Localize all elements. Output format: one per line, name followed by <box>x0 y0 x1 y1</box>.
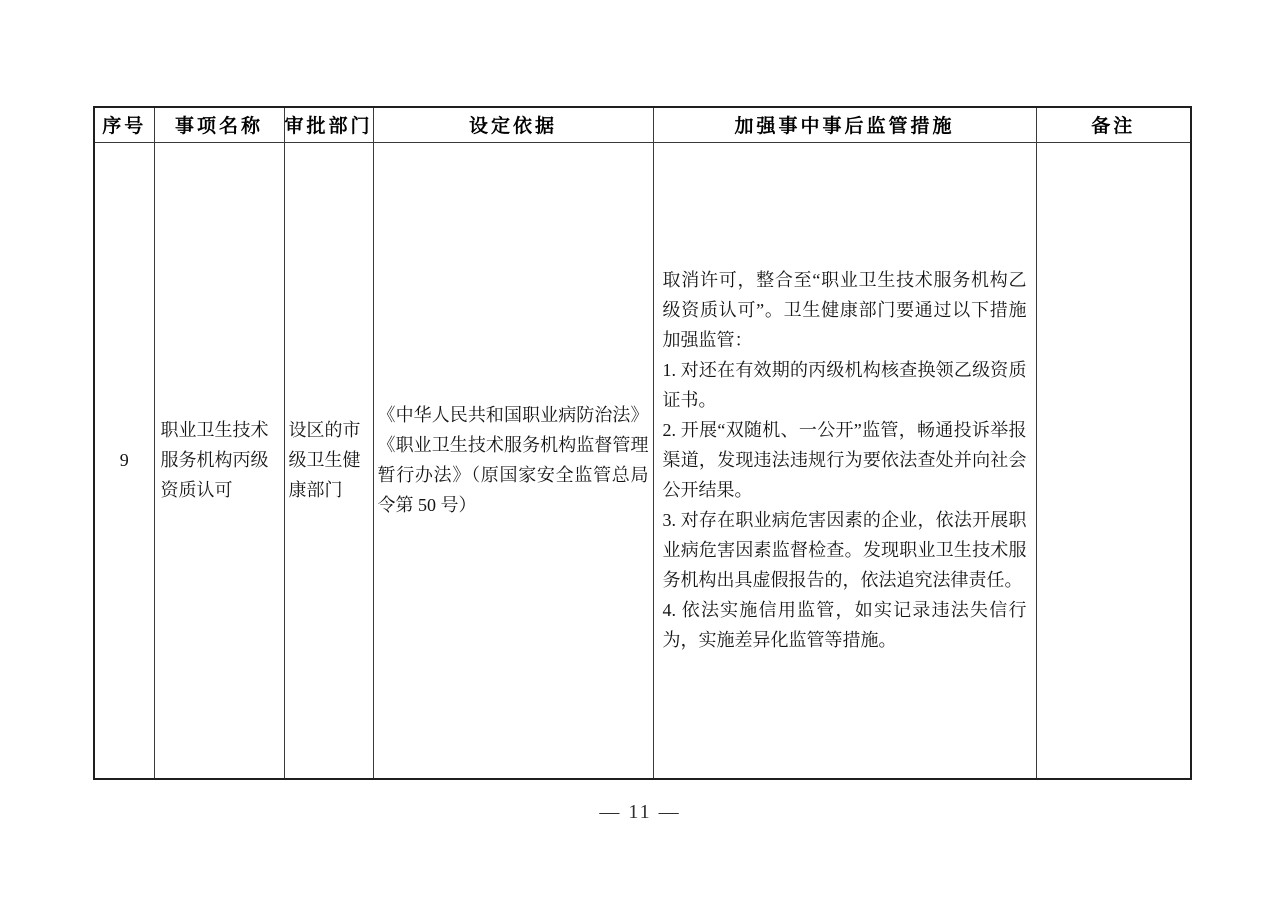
header-legal-basis: 设定依据 <box>373 107 653 142</box>
supervision-measures-text: 取消许可，整合至“职业卫生技术服务机构乙级资质认可”。卫生健康部门要通过以下措施… <box>654 265 1036 655</box>
measure-paragraph: 3. 对存在职业病危害因素的企业，依法开展职业病危害因素监督检查。发现职业卫生技… <box>663 505 1027 595</box>
measure-paragraph: 4. 依法实施信用监管，如实记录违法失信行为，实施差异化监管等措施。 <box>663 595 1027 655</box>
approval-items-table: 序号 事项名称 审批部门 设定依据 加强事中事后监管措施 备注 9 职业卫生技术… <box>93 106 1192 780</box>
measure-paragraph: 取消许可，整合至“职业卫生技术服务机构乙级资质认可”。卫生健康部门要通过以下措施… <box>663 265 1027 355</box>
header-department: 审批部门 <box>284 107 373 142</box>
document-page: { "document": { "page_number": "— 11 —" … <box>0 0 1280 905</box>
header-seq: 序号 <box>94 107 154 142</box>
table-header-row: 序号 事项名称 审批部门 设定依据 加强事中事后监管措施 备注 <box>94 107 1191 142</box>
cell-legal-basis: 《中华人民共和国职业病防治法》《职业卫生技术服务机构监督管理暂行办法》（原国家安… <box>373 142 653 779</box>
item-name-text: 职业卫生技术服务机构丙级资质认可 <box>155 415 284 505</box>
department-text: 设区的市级卫生健康部门 <box>285 415 373 505</box>
legal-basis-text: 《中华人民共和国职业病防治法》《职业卫生技术服务机构监督管理暂行办法》（原国家安… <box>374 400 653 520</box>
measure-paragraph: 2. 开展“双随机、一公开”监管，畅通投诉举报渠道，发现违法违规行为要依法查处并… <box>663 415 1027 505</box>
header-supervision-measures: 加强事中事后监管措施 <box>653 107 1036 142</box>
cell-supervision-measures: 取消许可，整合至“职业卫生技术服务机构乙级资质认可”。卫生健康部门要通过以下措施… <box>653 142 1036 779</box>
cell-seq: 9 <box>94 142 154 779</box>
page-number: — 11 — <box>0 801 1280 824</box>
cell-item-name: 职业卫生技术服务机构丙级资质认可 <box>154 142 284 779</box>
header-item-name: 事项名称 <box>154 107 284 142</box>
measure-paragraph: 1. 对还在有效期的丙级机构核查换领乙级资质证书。 <box>663 355 1027 415</box>
table-row: 9 职业卫生技术服务机构丙级资质认可 设区的市级卫生健康部门 《中华人民共和国职… <box>94 142 1191 779</box>
cell-department: 设区的市级卫生健康部门 <box>284 142 373 779</box>
cell-remark <box>1036 142 1191 779</box>
header-remark: 备注 <box>1036 107 1191 142</box>
